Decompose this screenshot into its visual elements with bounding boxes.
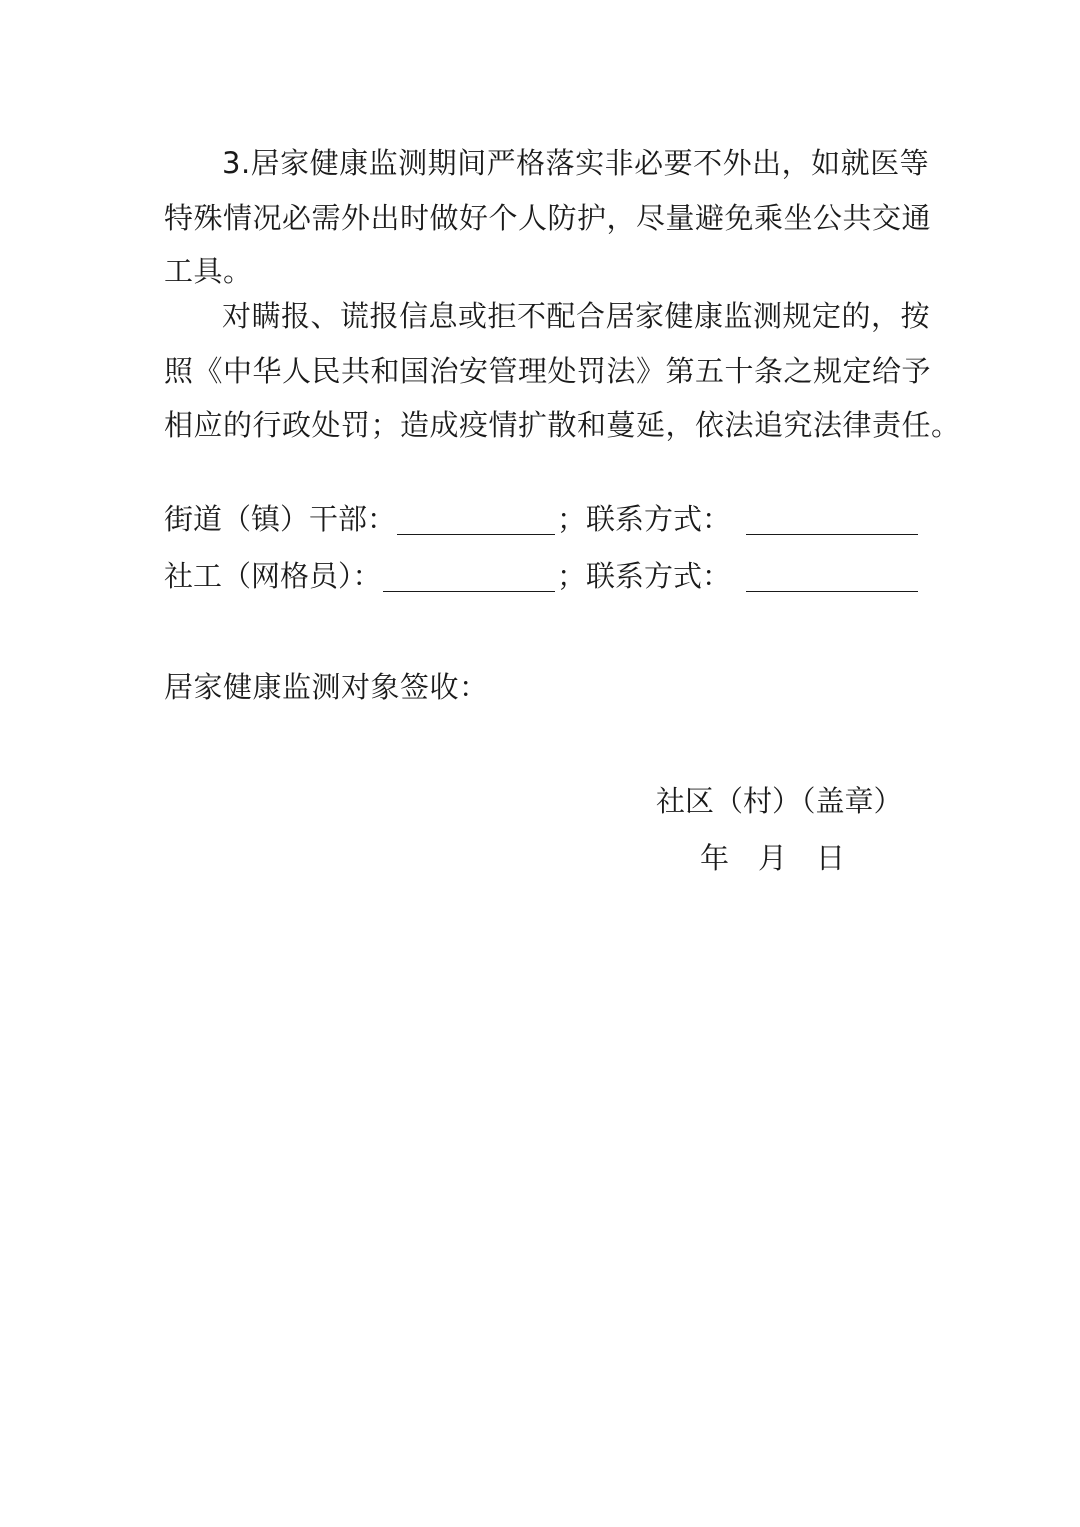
date-line: 年 月 日 [700,839,845,877]
social-worker-contact-label: ；联系方式： [557,557,731,595]
signature-label: 居家健康监测对象签收： [164,668,920,706]
street-cadre-label: 街道（镇）干部： [164,500,396,538]
street-cadre-contact-label: ；联系方式： [557,500,731,538]
street-cadre-name-field[interactable] [397,534,555,535]
document-page: 3.居家健康监测期间严格落实非必要不外出，如就医等 特殊情况必需外出时做好个人防… [0,0,1080,1527]
social-worker-contact-field[interactable] [746,591,918,592]
paragraph-3-line-3: 工具。 [164,252,920,290]
community-stamp-label: 社区（村）（盖章） [656,782,903,820]
contact-row-street-cadre: 街道（镇）干部： ；联系方式： [164,500,920,540]
contact-row-social-worker: 社工（网格员）： ；联系方式： [164,557,920,597]
paragraph-3-line-2: 特殊情况必需外出时做好个人防护，尽量避免乘坐公共交通 [164,199,920,237]
street-cadre-contact-field[interactable] [746,534,918,535]
penalty-line-2: 照《中华人民共和国治安管理处罚法》第五十条之规定给予 [164,352,920,390]
social-worker-label: 社工（网格员）： [164,557,382,595]
social-worker-name-field[interactable] [383,591,555,592]
penalty-line-1: 对瞒报、谎报信息或拒不配合居家健康监测规定的，按 [222,297,920,335]
paragraph-3-line-1: 3.居家健康监测期间严格落实非必要不外出，如就医等 [222,144,920,182]
penalty-line-3: 相应的行政处罚；造成疫情扩散和蔓延，依法追究法律责任。 [164,406,920,444]
